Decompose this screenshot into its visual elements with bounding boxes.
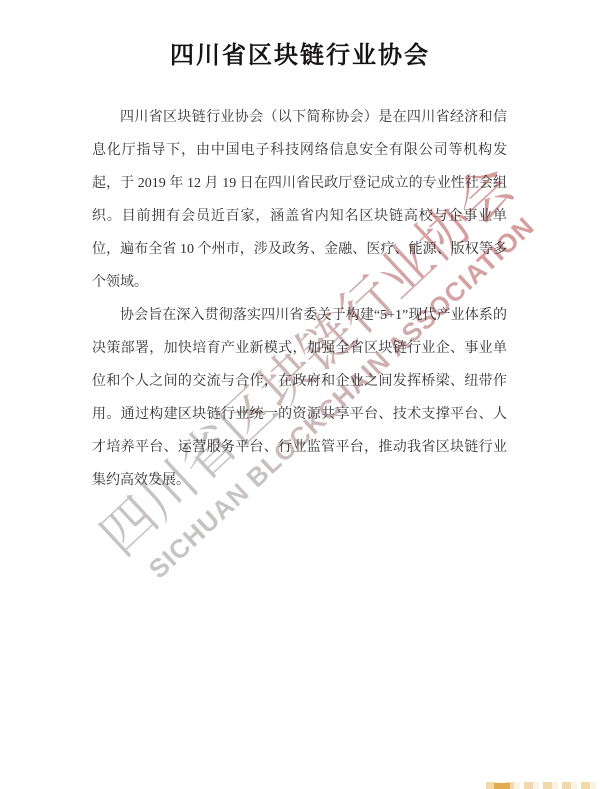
cutoff-orange-watermark-fragment [486, 782, 600, 789]
paragraph-mission: 协会旨在深入贯彻落实四川省委关于构建“5+1”现代产业体系的决策部署，加快培育产… [92, 299, 507, 497]
page-title: 四川省区块链行业协会 [0, 40, 600, 72]
paragraph-intro: 四川省区块链行业协会（以下简称协会）是在四川省经济和信息化厅指导下，由中国电子科… [92, 101, 507, 299]
document-page: 四川省区块链行业协会 SICHUAN BLOCKCHAIN ASSOCIATIO… [0, 0, 600, 789]
document-body: 四川省区块链行业协会（以下简称协会）是在四川省经济和信息化厅指导下，由中国电子科… [92, 101, 507, 497]
